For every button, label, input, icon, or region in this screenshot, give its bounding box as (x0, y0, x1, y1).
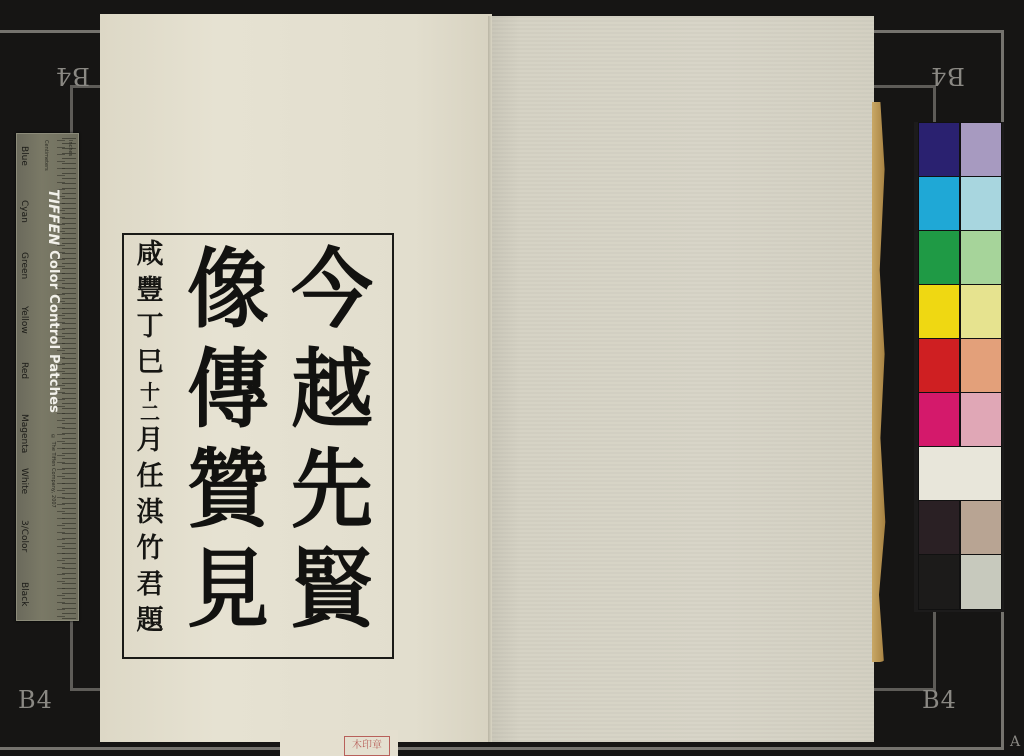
patch-row-magenta (918, 392, 1002, 446)
patch-row-yellow (918, 284, 1002, 338)
patch-gray-light (960, 554, 1002, 610)
inscription-char: 月 (137, 424, 164, 458)
ruler-color-3color: 3/Color (19, 520, 29, 552)
guide-label-bottom-left: B4 (18, 686, 53, 714)
title-char: 傳 (187, 340, 269, 440)
ruler-unit-cm: Centimeters (43, 140, 49, 171)
ruler-color-cyan: Cyan (19, 200, 29, 223)
red-seal-stamp: 木印章 (344, 736, 390, 756)
guide-label-top-left: B4 (55, 62, 90, 90)
patch-row-black (918, 554, 1002, 608)
ruler-color-red: Red (19, 362, 29, 379)
patch-3color-dark (918, 500, 960, 556)
title-column-right: 今 越 先 賢 (282, 240, 382, 640)
inscription-char: 巳 (137, 346, 164, 380)
inscription-char: 十 (140, 382, 160, 402)
patch-yellow-light (960, 284, 1002, 340)
title-char: 越 (291, 340, 373, 440)
tiffen-logo: TIFFEN (45, 189, 61, 245)
patch-cyan-light (960, 176, 1002, 232)
patch-magenta-light (960, 392, 1002, 448)
patch-white (918, 446, 1002, 502)
patch-yellow (918, 284, 960, 340)
ruler-copyright: © The Tiffen Company, 2007 (50, 434, 56, 508)
ruler-color-black: Black (19, 582, 29, 606)
title-char: 今 (291, 240, 373, 340)
title-char: 像 (187, 240, 269, 340)
patch-row-green (918, 230, 1002, 284)
ruler-color-yellow: Yellow (19, 306, 29, 334)
patch-row-cyan (918, 176, 1002, 230)
book-fold (488, 16, 492, 742)
patch-green (918, 230, 960, 286)
title-char: 贊 (187, 440, 269, 540)
patch-blue-light (960, 122, 1002, 178)
patch-row-3color (918, 500, 1002, 554)
inscription-char: 竹 (137, 532, 164, 566)
patch-blue (918, 122, 960, 178)
inscription-char: 咸 (137, 238, 164, 272)
patch-red (918, 338, 960, 394)
patch-red-light (960, 338, 1002, 394)
title-column-left: 像 傳 贊 見 (178, 240, 278, 640)
ruler-brand: TIFFEN Color Control Patches (45, 189, 61, 413)
patch-3color-light (960, 500, 1002, 556)
guide-corner-mark: A (1010, 734, 1020, 750)
inscription-char: 淇 (137, 496, 164, 530)
tiffen-color-ruler: Centimeters Inches Blue Cyan Green Yello… (16, 133, 79, 621)
ruler-title: Color Control Patches (46, 250, 61, 413)
ruler-color-blue: Blue (19, 146, 29, 166)
patch-black (918, 554, 960, 610)
inscription-column: 咸 豐 丁 巳 十 二 月 任 淇 竹 君 題 (128, 238, 172, 598)
patch-green-light (960, 230, 1002, 286)
guide-label-bottom-right: B4 (922, 686, 957, 714)
inscription-char: 豐 (137, 274, 164, 308)
patch-magenta (918, 392, 960, 448)
right-page-blank (490, 16, 874, 742)
color-patch-chart (914, 122, 1004, 612)
inscription-char: 君 (137, 568, 164, 602)
title-char: 賢 (291, 540, 373, 640)
ruler-color-names: Blue Cyan Green Yellow Red Magenta White… (19, 134, 37, 620)
inscription-char: 二 (140, 404, 160, 422)
ruler-color-green: Green (19, 252, 29, 279)
patch-row-red (918, 338, 1002, 392)
title-char: 見 (187, 540, 269, 640)
patch-row-blue (918, 122, 1002, 176)
patch-cyan (918, 176, 960, 232)
inscription-char: 丁 (137, 310, 164, 344)
guide-label-top-right: B4 (930, 62, 965, 90)
title-char: 先 (291, 440, 373, 540)
inscription-char: 題 (137, 604, 164, 638)
ruler-color-white: White (19, 468, 29, 494)
ruler-unit-inches: Inches (67, 140, 73, 156)
inscription-char: 任 (137, 460, 164, 494)
patch-row-white (918, 446, 1002, 500)
ruler-color-magenta: Magenta (19, 414, 29, 453)
